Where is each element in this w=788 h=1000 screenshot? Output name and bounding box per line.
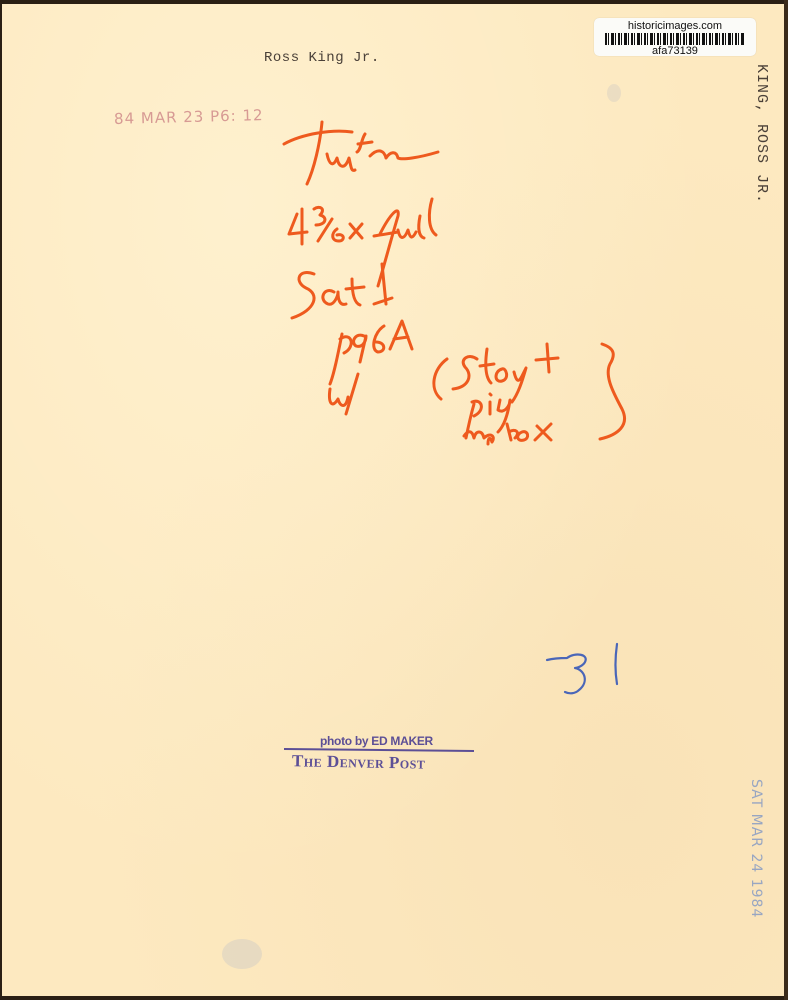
credit-publication: The Denver Post [292, 751, 486, 774]
scan-edge [784, 0, 788, 1000]
photo-credit-stamp: photo by ED MAKER The Denver Post [286, 734, 486, 773]
ink-smudge [607, 84, 621, 102]
blue-number-strokes [547, 644, 617, 693]
credit-photographer: photo by ED MAKER [320, 734, 486, 748]
photo-back-paper: Ross King Jr. KING, ROSS JR. 84 MAR 23 P… [2, 4, 786, 996]
handwriting-strokes [2, 4, 786, 996]
publication-date-stamp: SAT MAR 24 1984 [748, 779, 764, 918]
ink-smudge [222, 939, 262, 969]
